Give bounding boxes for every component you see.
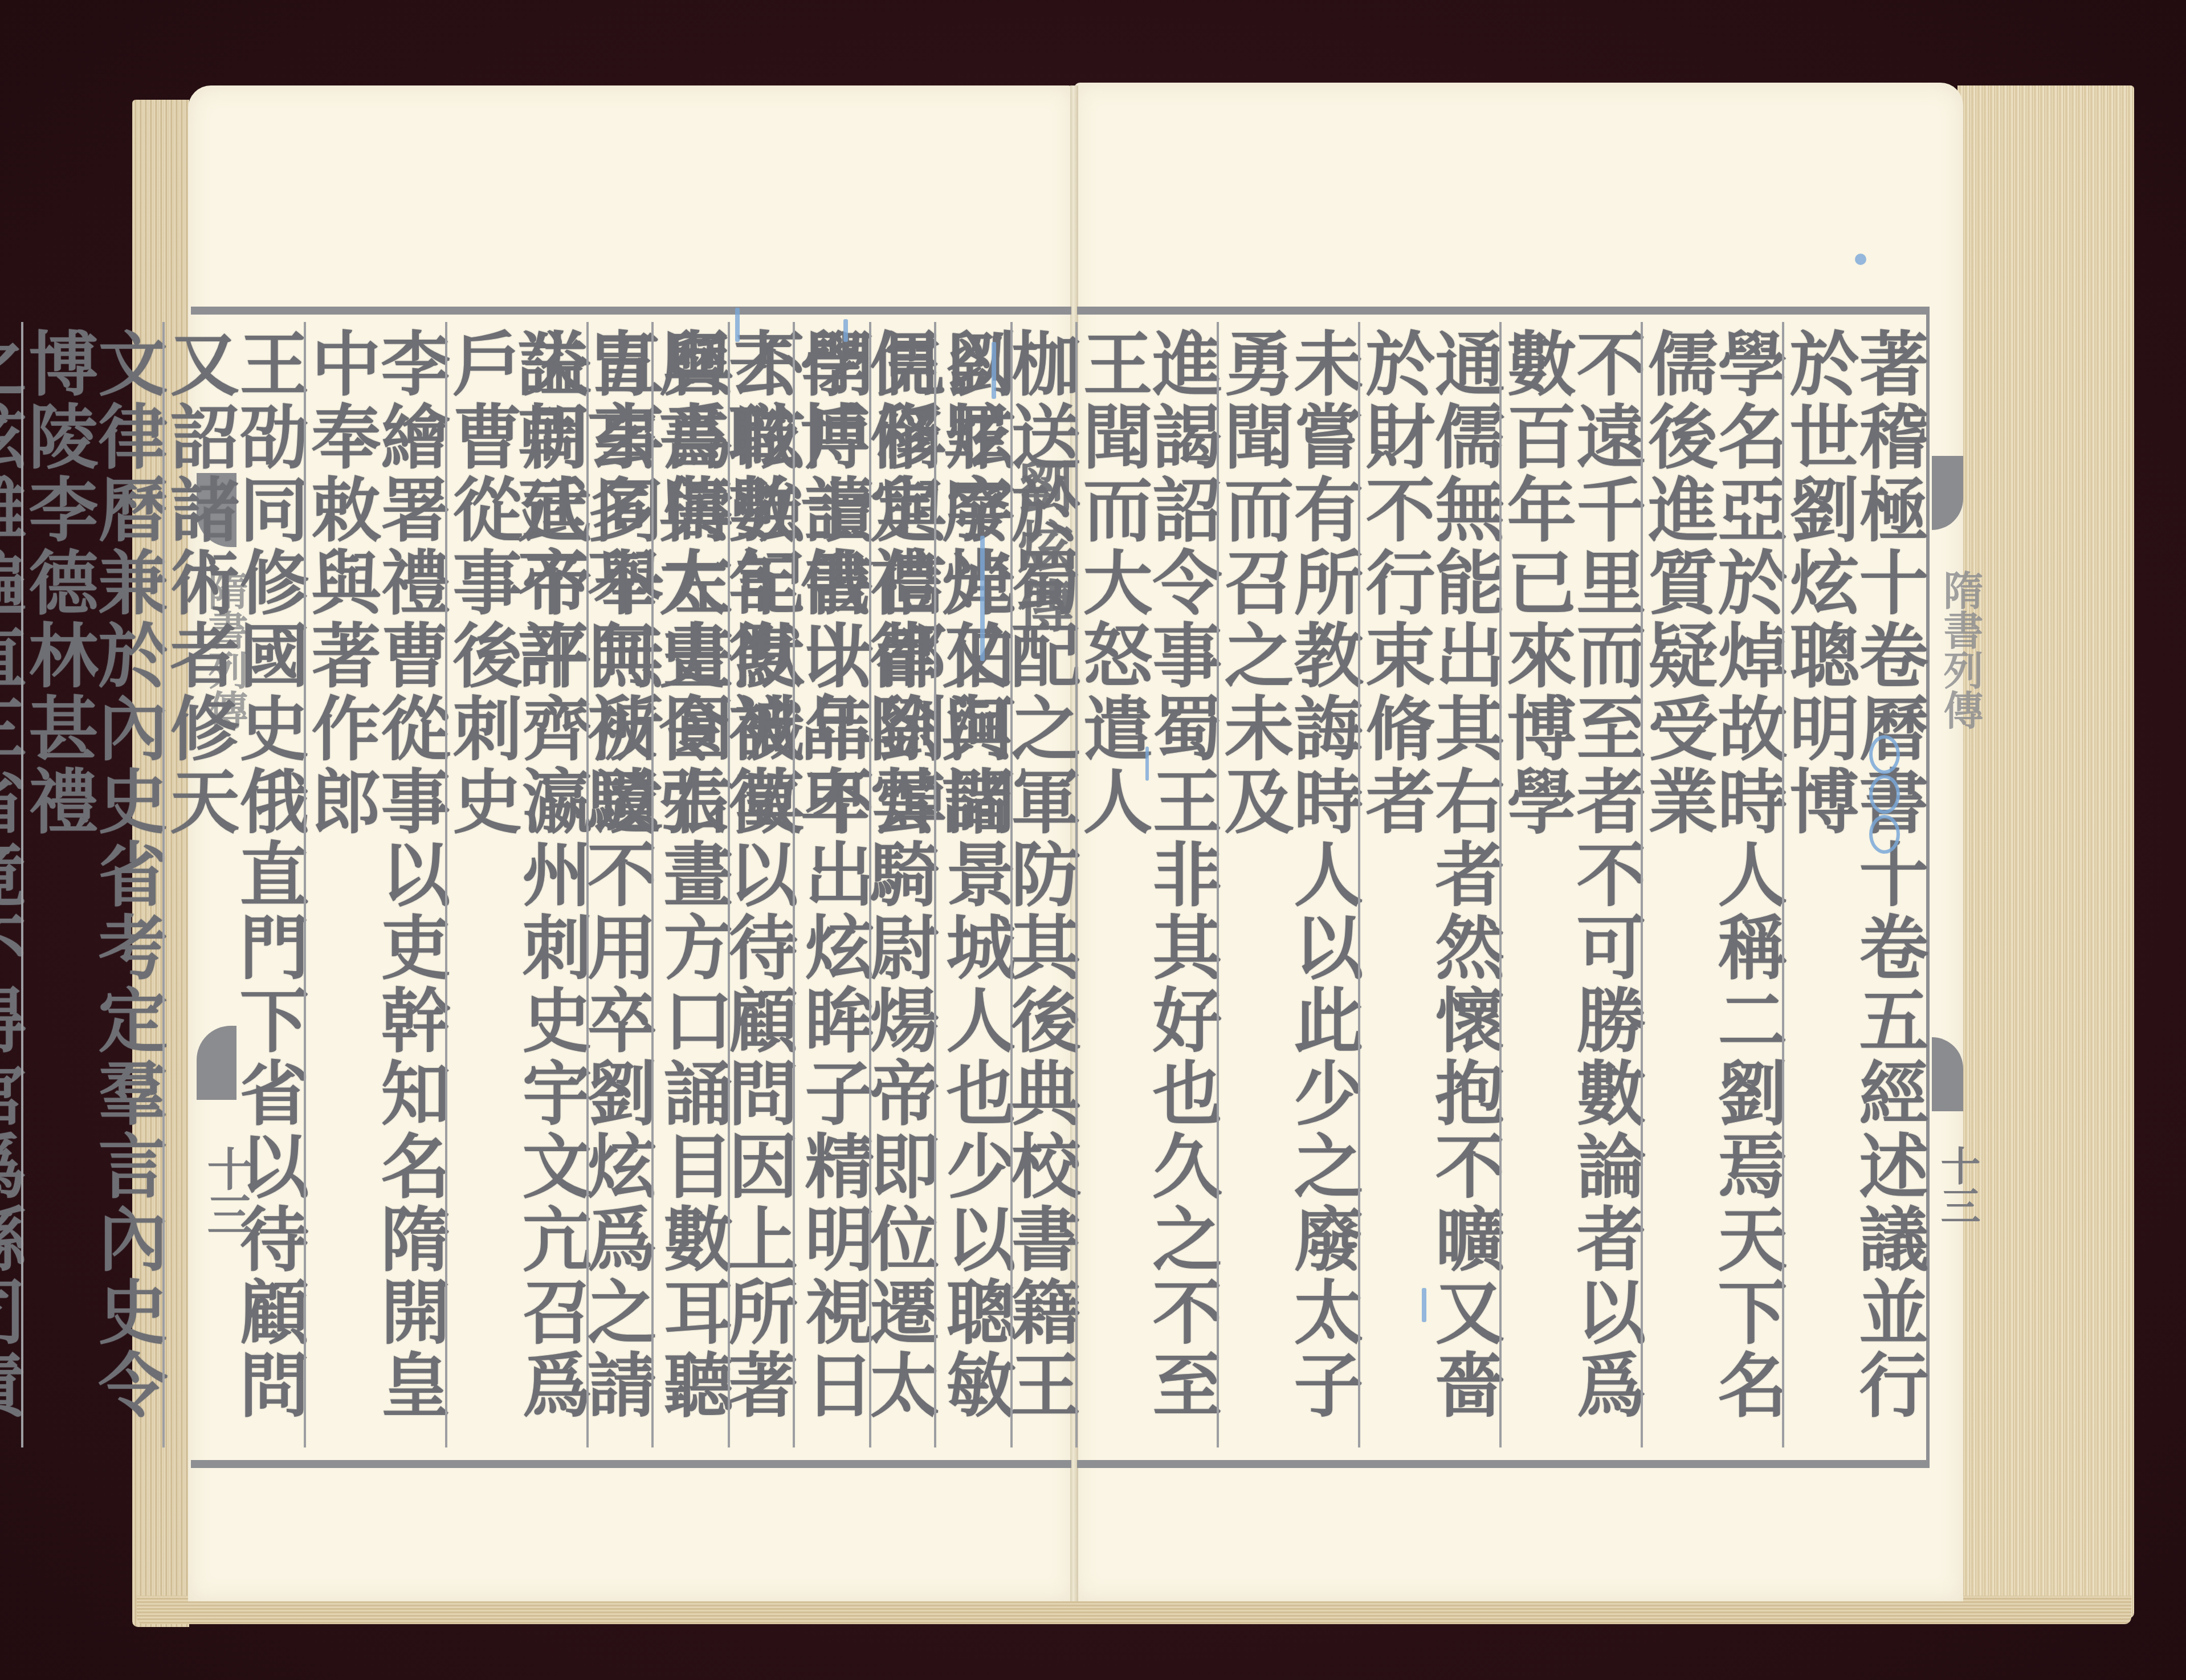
text-column: 文律曆兼於內史省考定羣言內史令博陵李德林甚禮 <box>21 322 162 1447</box>
text-column: 枷送於蜀配之軍防其後典校書籍王以罪廢焯又與諸 <box>934 322 1075 1447</box>
blue-annotation-mark <box>843 319 848 342</box>
fold-margin-title: 隋書列傳 <box>1932 570 1989 729</box>
blue-annotation-mark <box>1422 1288 1426 1322</box>
text-column: 通儒無能出其右者然懷抱不曠又嗇於財不行束脩者 <box>1358 322 1499 1447</box>
blue-annotation-mark <box>1855 254 1866 265</box>
text-column: 未嘗有所教誨時人以此少之廢太子勇聞而召之未及 <box>1217 322 1358 1447</box>
open-book-spread: 隋書列傳 十三 劉炫傳 劉炫字光伯河間景城人也少以聰敏見稱與信都劉焯 閉戶讀書十… <box>0 0 2186 1680</box>
blue-annotation-circle <box>1869 815 1900 854</box>
text-column: 王劭同修國史俄直門下省以待顧問又詔諸術者修天 <box>162 322 304 1447</box>
blue-annotation-mark <box>980 536 985 661</box>
right-page-text-columns: 著稽極十卷曆書十卷五經述議並行於世劉炫聰明博 學名亞於焯故時人稱二劉焉天下名儒後… <box>1080 322 1923 1447</box>
text-column: 不遠千里而至者不可勝數論者以爲數百年已來博學 <box>1499 322 1641 1447</box>
blue-annotation-mark <box>1145 747 1149 781</box>
blue-annotation-circle <box>1869 775 1900 814</box>
blue-annotation-circle <box>1869 735 1900 774</box>
text-column: 去職數年復被徵以待顧問因上所著曆書與太史令張 <box>651 322 793 1447</box>
leaf-number: 十三 <box>1929 1145 1987 1225</box>
text-column: 儒修定禮律除雲騎尉煬帝即位遷太學博士俄以品卑 <box>793 322 934 1447</box>
blue-annotation-mark <box>992 342 996 399</box>
right-page-stack-edge <box>1957 85 2134 1618</box>
text-column: 進謁詔令事蜀王非其好也久之不至王聞而大怒遣人 <box>1075 322 1217 1447</box>
blue-annotation-mark <box>735 308 740 342</box>
text-column: 胄玄多不同被駁不用卒劉炫爲之請謚朝廷不許 <box>512 322 651 1447</box>
text-column: 李繪署禮曹從事以吏幹知名隋開皇中奉敕與著作郎 <box>304 322 445 1447</box>
text-column: 學名亞於焯故時人稱二劉焉天下名儒後進質疑受業 <box>1641 322 1782 1447</box>
text-column: 著稽極十卷曆書十卷五經述議並行於世劉炫聰明博 <box>1782 322 1923 1447</box>
